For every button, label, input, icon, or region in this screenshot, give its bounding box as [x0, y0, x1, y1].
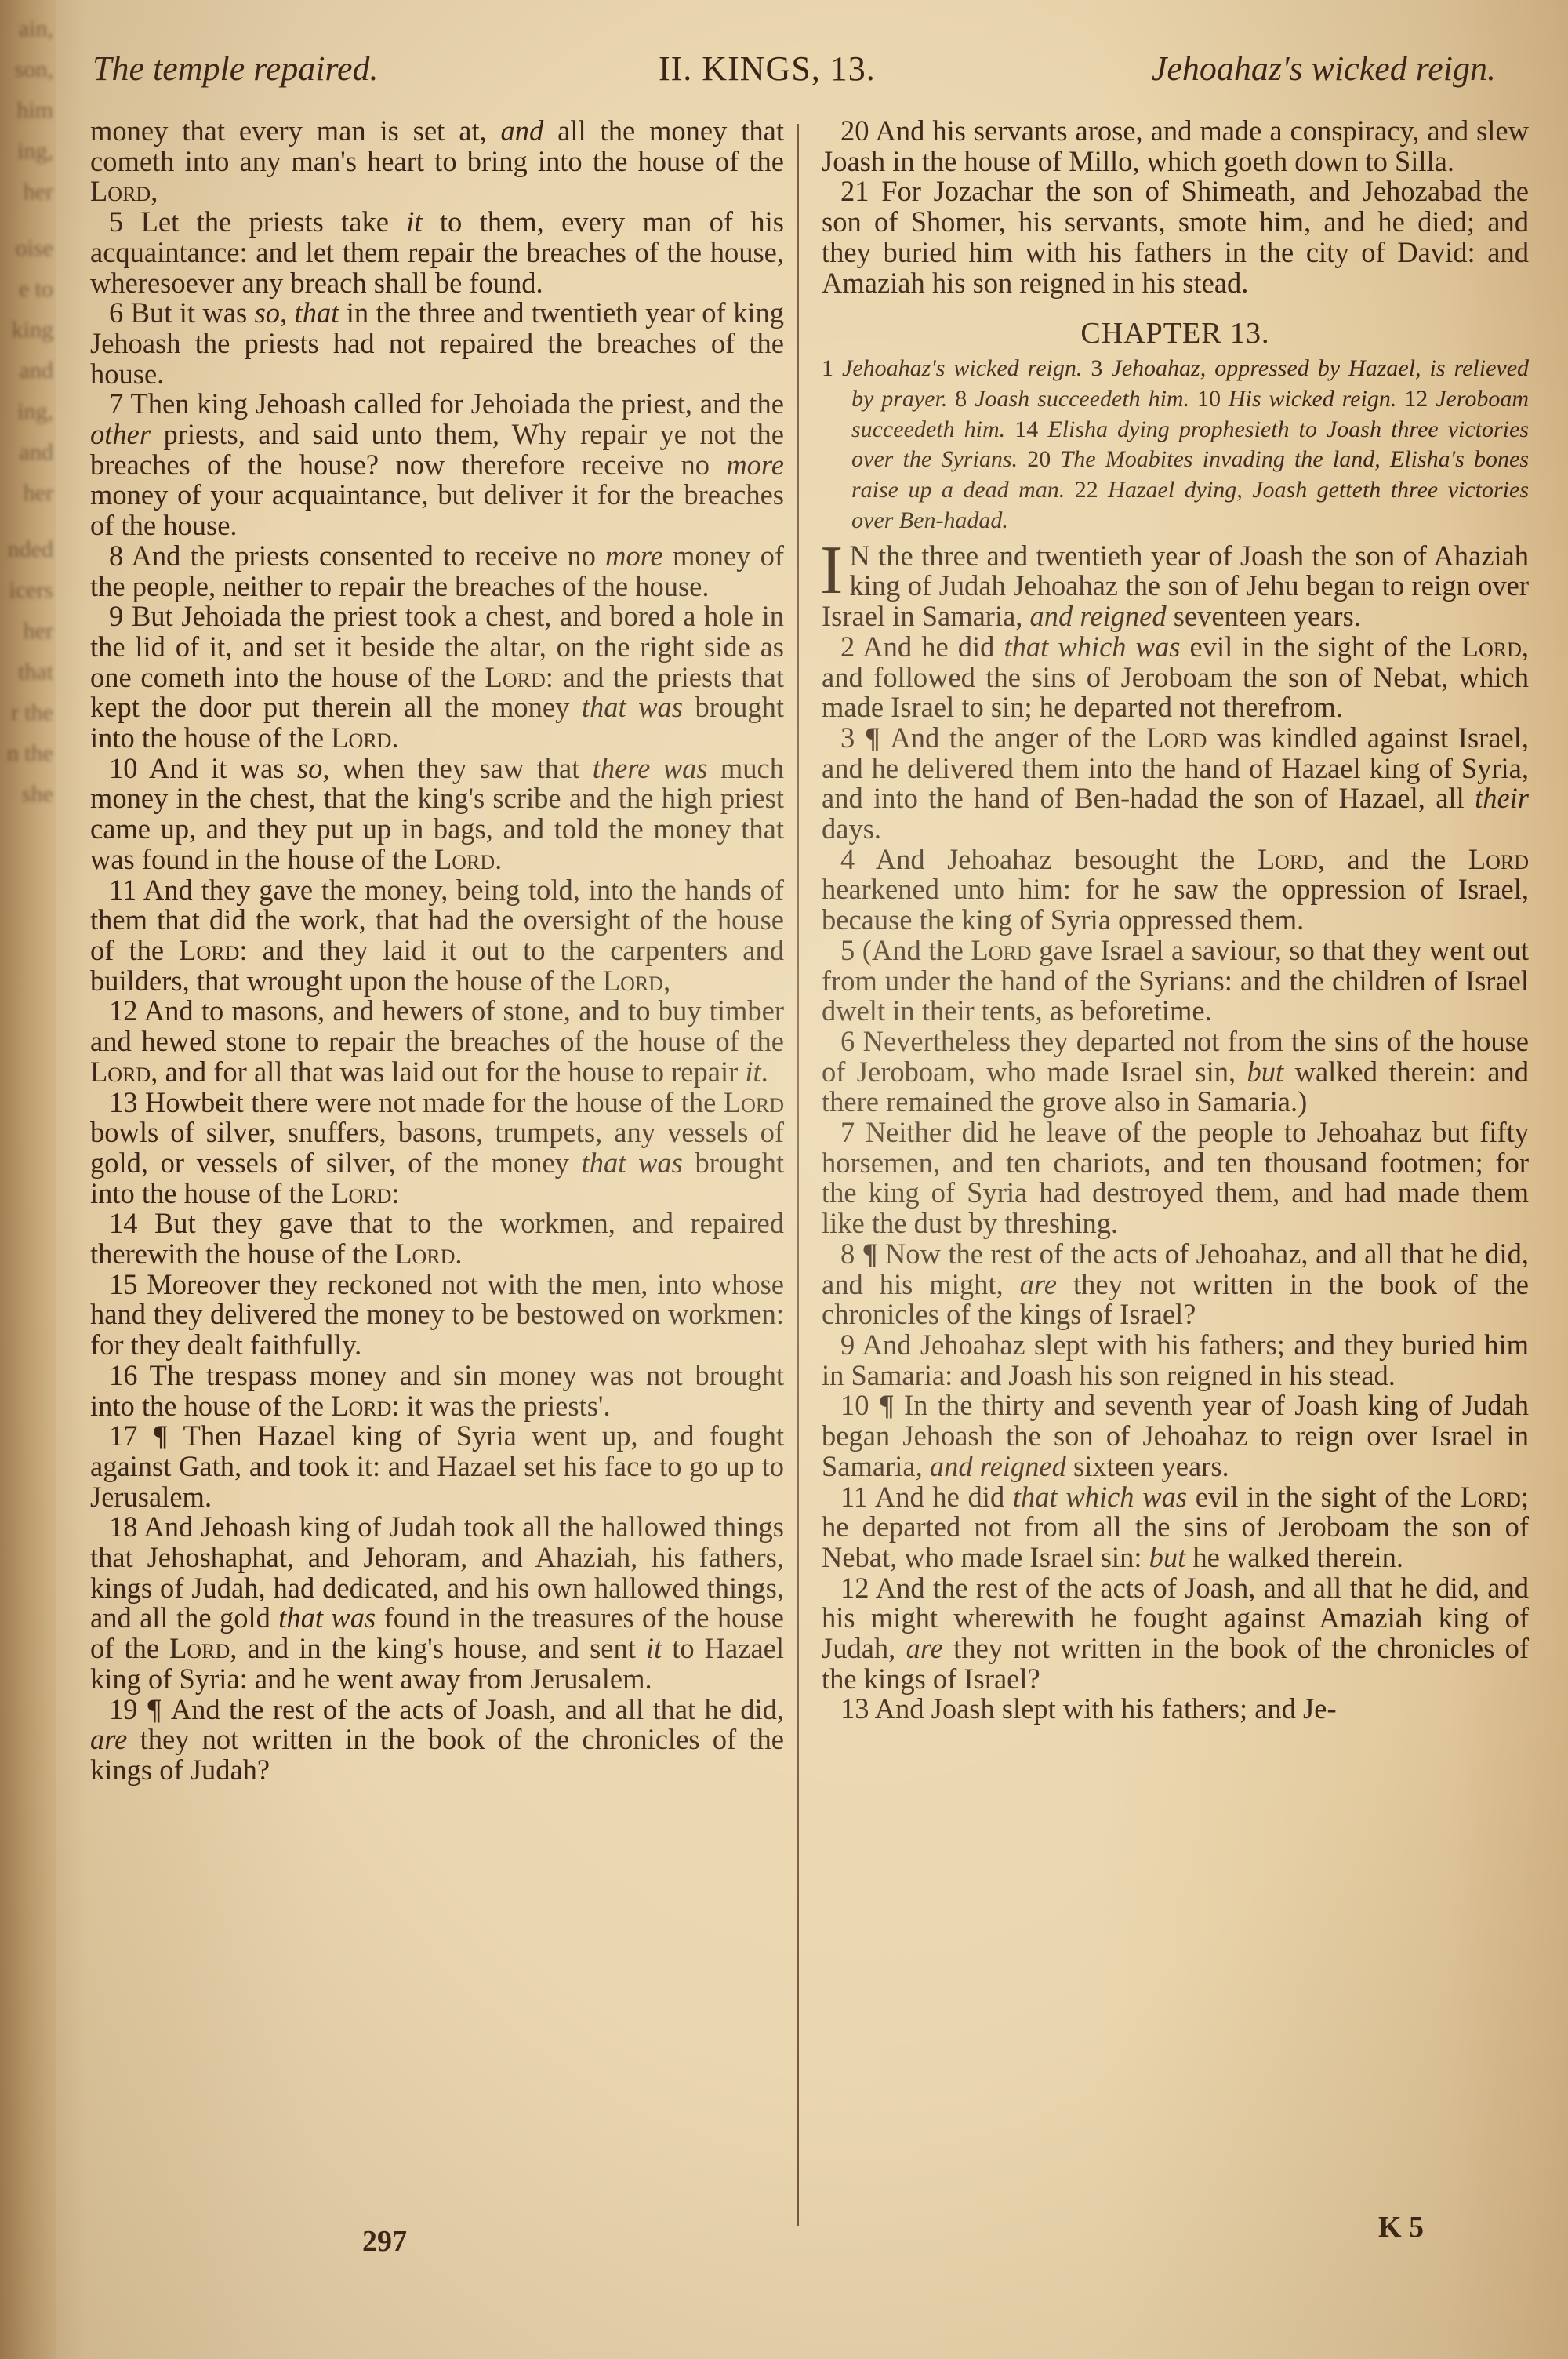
verse-14: 14 But they gave that to the workmen, an… [90, 1209, 784, 1269]
page-number: 297 [362, 2224, 407, 2259]
verse-text: And Jehoahaz slept with his fathers; and… [822, 1329, 1529, 1391]
verse-text: And the priests consented to receive no [131, 540, 605, 572]
verse-number: 19 [109, 1693, 147, 1725]
verse-text: days. [822, 812, 881, 845]
verse-text: . [761, 1056, 768, 1088]
small-caps-lord: Lord [971, 934, 1031, 966]
facing-page-fragment: her [24, 179, 53, 205]
facing-page-gutter: ain,son,himing,heroisee tokinganding,and… [0, 0, 56, 2359]
verse-number: 15 [109, 1268, 147, 1300]
italic-supplied-word: are [90, 1723, 127, 1755]
chapter-summary: 1 Jehoahaz's wicked reign. 3 Jehoahaz, o… [822, 354, 1529, 536]
verse-text: seventeen years. [1167, 600, 1361, 632]
small-caps-lord: Lord [1146, 722, 1207, 754]
verse-number: 10 [840, 1389, 879, 1421]
summary-verse-ref: 22 [1065, 477, 1108, 503]
facing-page-fragment: and [20, 358, 53, 384]
italic-supplied-word: other [90, 418, 151, 450]
pilcrow-icon: ¶ [879, 1389, 904, 1421]
verse-text: (And the [862, 934, 971, 966]
verse-text: Neither did he leave of the people to Je… [822, 1116, 1529, 1239]
verse-text: , and in the king's house, and sent [230, 1632, 646, 1664]
right-verses-before-chapter: 20 And his servants arose, and made a co… [822, 116, 1529, 298]
facing-page-fragment: oise [16, 235, 53, 262]
pilcrow-icon: ¶ [153, 1419, 183, 1452]
verse-text: Then king Jehoash called for Jehoiada th… [130, 387, 784, 420]
verse-number: 3 [840, 722, 865, 754]
verse-11: 11 And he did that which was evil in the… [822, 1482, 1529, 1573]
facing-page-fragment: ing, [17, 138, 53, 165]
verse-20: 20 And his servants arose, and made a co… [822, 116, 1529, 176]
facing-page-fragment: ing, [17, 398, 53, 425]
small-caps-lord: Lord [603, 965, 663, 997]
verse-number: 8 [109, 540, 131, 572]
verse-number: 6 [109, 296, 131, 329]
small-caps-lord: Lord [1468, 843, 1529, 875]
right-verses: 2 And he did that which was evil in the … [822, 632, 1529, 1725]
drop-cap: I [820, 543, 843, 599]
facing-page-fragment: n the [7, 740, 53, 767]
verse-text: Moreover they reckoned not with the men,… [90, 1268, 784, 1361]
italic-supplied-word: that was [278, 1601, 376, 1634]
verse-18: 18 And Jehoash king of Judah took all th… [90, 1512, 784, 1694]
verse-number: 18 [109, 1510, 143, 1543]
summary-text: Jehoahaz's wicked reign. [842, 355, 1082, 381]
facing-page-fragment: that [18, 659, 53, 685]
small-caps-lord: Lord [331, 1390, 391, 1422]
pilcrow-icon: ¶ [862, 1238, 885, 1270]
verse-text: . [455, 1238, 462, 1270]
italic-supplied-word: but [1149, 1541, 1186, 1573]
italic-supplied-word: more [605, 540, 663, 572]
verse-6: 6 But it was so, that in the three and t… [90, 298, 784, 389]
verse-text: But it was [131, 296, 255, 329]
right-column: 20 And his servants arose, and made a co… [822, 116, 1529, 1725]
verse-number: 5 [109, 205, 141, 238]
verse-number: 9 [840, 1329, 862, 1361]
verse-number: 20 [840, 114, 875, 147]
verse-number: 9 [109, 600, 132, 632]
facing-page-fragment: nded [8, 536, 53, 563]
verse-7: 7 Then king Jehoash called for Jehoiada … [90, 389, 784, 541]
italic-supplied-word: that was [582, 1147, 683, 1179]
verse-text: Let the priests take [141, 205, 407, 238]
right-running-head: Jehoahaz's wicked reign. [1152, 49, 1496, 89]
small-caps-lord: Lord [1461, 631, 1522, 663]
verse-text: And it was [149, 752, 297, 784]
summary-verse-ref: 10 [1189, 386, 1229, 412]
verse-text: money that every man is set at, [90, 114, 501, 147]
italic-supplied-word: there was [593, 752, 708, 784]
verse-1: IN the three and twentieth year of Joash… [822, 541, 1529, 632]
summary-text: His wicked reign. [1229, 386, 1396, 412]
verse-3: 3 ¶ And the anger of the Lord was kindle… [822, 723, 1529, 845]
verse-text: , [151, 175, 158, 207]
italic-supplied-word: are [906, 1632, 943, 1664]
facing-page-fragment: son, [15, 56, 53, 83]
verse-number: 16 [109, 1359, 150, 1391]
verse-text: , when they saw that [322, 752, 592, 784]
summary-verse-ref: 20 [1018, 446, 1061, 472]
verse-text: And he did [862, 631, 1004, 663]
left-verses: 5 Let the priests take it to them, every… [90, 207, 784, 1786]
verse-text: : it was the priests'. [391, 1390, 610, 1422]
verse-13: 13 Howbeit there were not made for the h… [90, 1088, 784, 1209]
italic-supplied-word: it [406, 205, 422, 238]
summary-verse-ref: 8 [947, 386, 975, 412]
facing-page-fragment: icers [9, 577, 53, 604]
book-chapter-title: II. KINGS, 13. [659, 49, 876, 89]
facing-page-fragment: her [24, 618, 53, 645]
facing-page-fragment: her [24, 480, 53, 507]
verse-10: 10 And it was so, when they saw that the… [90, 754, 784, 875]
small-caps-lord: Lord [485, 661, 546, 693]
running-header: The temple repaired. II. KINGS, 13. Jeho… [93, 49, 1496, 96]
verse-number: 8 [840, 1238, 862, 1270]
verse-text: . [495, 843, 502, 875]
left-running-head: The temple repaired. [93, 49, 379, 89]
verse-17: 17 ¶ Then Hazael king of Syria went up, … [90, 1421, 784, 1512]
facing-page-fragment: and [20, 439, 53, 466]
verse-number: 11 [109, 874, 143, 906]
verse-text: sixteen years. [1066, 1450, 1229, 1482]
italic-supplied-word: it [745, 1056, 760, 1088]
verse-text: And his servants arose, and made a consp… [822, 114, 1529, 177]
verse-text: And Jehoahaz besought the [876, 843, 1258, 875]
verse-text: priests, and said unto them, Why repair … [90, 418, 784, 481]
italic-supplied-word: and reigned [930, 1450, 1066, 1482]
small-caps-lord: Lord [90, 175, 151, 207]
verse-8: 8 And the priests consented to receive n… [90, 541, 784, 602]
continuation-text: money that every man is set at, and all … [90, 116, 784, 207]
small-caps-lord: Lord [1461, 1481, 1521, 1513]
italic-supplied-word: it [646, 1632, 662, 1664]
verse-9: 9 And Jehoahaz slept with his fathers; a… [822, 1330, 1529, 1390]
verse-6: 6 Nevertheless they departed not from th… [822, 1027, 1529, 1118]
verse-text: evil in the sight of the [1180, 631, 1461, 663]
facing-page-fragment: ain, [19, 16, 53, 42]
verse-text: hearkened unto him: for he saw the oppre… [822, 873, 1529, 936]
summary-verse-ref: 14 [1005, 416, 1047, 442]
summary-verse-ref: 12 [1396, 386, 1436, 412]
verse-number: 12 [840, 1572, 876, 1604]
verse-5: 5 (And the Lord gave Israel a saviour, s… [822, 936, 1529, 1027]
small-caps-lord: Lord [1258, 843, 1318, 875]
facing-page-fragment: king [12, 317, 53, 343]
verse-text: And he did [875, 1481, 1013, 1513]
pilcrow-icon: ¶ [147, 1693, 171, 1725]
verse-number: 13 [109, 1086, 145, 1118]
verse-text: And the anger of the [890, 722, 1146, 754]
verse-11: 11 And they gave the money, being told, … [90, 875, 784, 997]
pilcrow-icon: ¶ [865, 722, 890, 754]
verse-text: he walked therein. [1185, 1541, 1403, 1573]
column-divider [797, 124, 799, 2226]
signature-mark: K 5 [1378, 2210, 1424, 2245]
small-caps-lord: Lord [90, 1056, 151, 1088]
summary-verse-ref: 1 [822, 355, 842, 381]
verse-number: 10 [109, 752, 149, 784]
verse-number: 13 [840, 1692, 875, 1725]
facing-page-fragment: e to [19, 276, 53, 303]
small-caps-lord: Lord [394, 1238, 455, 1270]
verse-number: 12 [109, 994, 144, 1027]
verse-21: 21 For Jozachar the son of Shimeath, and… [822, 176, 1529, 298]
small-caps-lord: Lord [179, 934, 239, 966]
small-caps-lord: Lord [724, 1086, 784, 1118]
small-caps-lord: Lord [331, 1177, 391, 1209]
verse-number: 7 [109, 387, 130, 420]
verse-2: 2 And he did that which was evil in the … [822, 632, 1529, 723]
verse-text: And Joash slept with his fathers; and Je… [875, 1692, 1337, 1725]
verse-number: 14 [109, 1207, 154, 1239]
verse-19: 19 ¶ And the rest of the acts of Joash, … [90, 1695, 784, 1786]
italic-supplied-word: that which was [1013, 1481, 1187, 1513]
facing-page-fragment: him [16, 97, 53, 124]
verse-16: 16 The trespass money and sin money was … [90, 1361, 784, 1421]
verse-text: : [391, 1177, 399, 1209]
verse-text: And the rest of the acts of Joash, and a… [171, 1693, 784, 1725]
italic-supplied-word: but [1247, 1056, 1284, 1088]
verse-number: 21 [840, 175, 881, 207]
small-caps-lord: Lord [331, 722, 391, 754]
verse-12: 12 And the rest of the acts of Joash, an… [822, 1573, 1529, 1695]
verse-text: Then Hazael king of Syria went up, and f… [90, 1419, 784, 1512]
italic-supplied-word: so, that [255, 296, 339, 329]
italic-supplied-word: their [1475, 782, 1529, 814]
verse-8: 8 ¶ Now the rest of the acts of Jehoahaz… [822, 1239, 1529, 1330]
facing-page-fragment: r the [11, 700, 53, 726]
small-caps-lord: Lord [434, 843, 495, 875]
italic-supplied-word: are [1020, 1268, 1057, 1300]
verse-10: 10 ¶ In the thirty and seventh year of J… [822, 1390, 1529, 1481]
verse-number: 11 [840, 1481, 875, 1513]
verse-text: they not written in the book of the chro… [90, 1723, 784, 1786]
verse-number: 2 [840, 631, 862, 663]
verse-text: , and for all that was laid out for the … [151, 1056, 745, 1088]
verse-text: , [663, 965, 670, 997]
verse-number: 5 [840, 934, 862, 966]
verse-text: , and the [1318, 843, 1468, 875]
small-caps-lord: Lord [169, 1632, 230, 1664]
left-column: money that every man is set at, and all … [90, 116, 784, 1786]
verse-text: Howbeit there were not made for the hous… [145, 1086, 724, 1118]
verse-text: money of your acquaintance, but deliver … [90, 478, 784, 541]
verse-9: 9 But Jehoiada the priest took a chest, … [90, 602, 784, 754]
verse-text: evil in the sight of the [1187, 1481, 1461, 1513]
italic-supplied-word: so [297, 752, 322, 784]
verse-number: 6 [840, 1025, 863, 1057]
verse-15: 15 Moreover they reckoned not with the m… [90, 1270, 784, 1361]
facing-page-fragment: she [22, 781, 53, 808]
verse-1-text: N the three and twentieth year of Joash … [822, 540, 1529, 632]
italic-supplied-word: and reigned [1030, 600, 1167, 632]
verse-13: 13 And Joash slept with his fathers; and… [822, 1694, 1529, 1725]
verse-4: 4 And Jehoahaz besought the Lord, and th… [822, 845, 1529, 936]
italic-supplied-word: that was [582, 691, 683, 723]
verse-5: 5 Let the priests take it to them, every… [90, 207, 784, 298]
italic-supplied-word: and [501, 114, 544, 147]
chapter-heading: CHAPTER 13. [822, 318, 1529, 349]
summary-text: Joash succeedeth him. [975, 386, 1189, 412]
verse-text: . [391, 722, 398, 754]
italic-supplied-word: that which was [1004, 631, 1181, 663]
verse-number: 17 [109, 1419, 153, 1452]
verse-text: For Jozachar the son of Shimeath, and Je… [822, 175, 1529, 298]
summary-verse-ref: 3 [1082, 355, 1111, 381]
italic-supplied-word: more [726, 449, 784, 481]
verse-text: And to masons, and hewers of stone, and … [90, 994, 784, 1057]
verse-number: 7 [840, 1116, 866, 1148]
verse-7: 7 Neither did he leave of the people to … [822, 1118, 1529, 1239]
verse-number: 4 [840, 843, 876, 875]
verse-12: 12 And to masons, and hewers of stone, a… [90, 996, 784, 1087]
